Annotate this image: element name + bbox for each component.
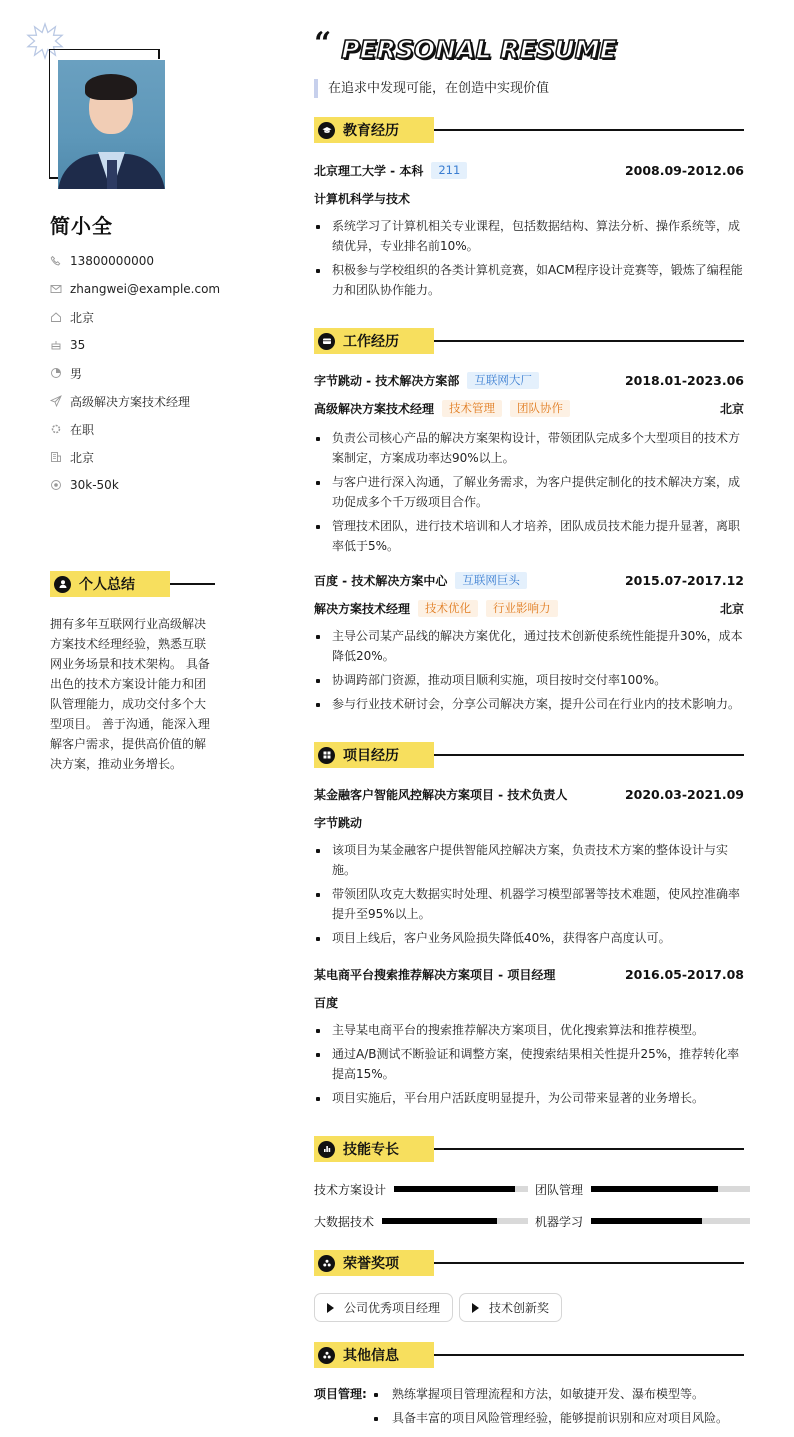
summary-text: 拥有多年互联网行业高级解决方案技术经理经验，熟悉互联网业务场景和技术架构。 具备… xyxy=(50,614,215,774)
user-icon xyxy=(54,576,71,593)
contact-value: zhangwei@example.com xyxy=(70,282,220,296)
other-bullets: 熟练掌握项目管理流程和方法，如敏捷开发、瀑布模型等。 具备丰富的项目风险管理经验… xyxy=(372,1384,752,1432)
divider xyxy=(434,754,744,756)
company-badge: 互联网大厂 xyxy=(467,372,539,389)
list-item: 系统学习了计算机相关专业课程，包括数据结构、算法分析、操作系统等，成绩优异，专业… xyxy=(314,216,746,256)
divider xyxy=(434,1262,744,1264)
contact-list: 13800000000 zhangwei@example.com 北京 35 男… xyxy=(50,247,220,499)
list-item: 协调跨部门资源，推动项目顺利实施，项目按时交付率100%。 xyxy=(314,670,746,690)
job-role: 高级解决方案技术经理 xyxy=(314,400,434,417)
skill-tag: 行业影响力 xyxy=(486,600,558,617)
award-chip: 公司优秀项目经理 xyxy=(314,1293,453,1322)
home-icon xyxy=(50,311,62,323)
avatar xyxy=(58,60,165,189)
projects-section-heading: 项目经历 xyxy=(314,742,744,768)
graduation-cap-icon xyxy=(318,122,335,139)
skill-bar xyxy=(591,1186,750,1192)
info-icon xyxy=(318,1347,335,1364)
building-icon xyxy=(50,451,62,463)
section-title: 荣誉奖项 xyxy=(343,1253,399,1273)
award-icon xyxy=(318,1255,335,1272)
contact-value: 在职 xyxy=(70,421,94,438)
gender-icon xyxy=(50,367,62,379)
status-icon xyxy=(50,423,62,435)
other-section-heading: 其他信息 xyxy=(314,1342,744,1368)
list-item: 项目上线后，客户业务风险损失降低40%，获得客户高度认可。 xyxy=(314,928,746,948)
project-bullets: 主导某电商平台的搜索推荐解决方案项目，优化搜索算法和推荐模型。 通过A/B测试不… xyxy=(314,1020,746,1112)
contact-value: 高级解决方案技术经理 xyxy=(70,393,190,410)
cake-icon xyxy=(50,339,62,351)
section-tag: 其他信息 xyxy=(314,1342,434,1368)
section-tag: 荣誉奖项 xyxy=(314,1250,434,1276)
awards-section-heading: 荣誉奖项 xyxy=(314,1250,744,1276)
skill-bar xyxy=(394,1186,528,1192)
project-company-row: 字节跳动 xyxy=(314,814,744,831)
major: 计算机科学与技术 xyxy=(314,190,410,207)
list-item: 项目实施后，平台用户活跃度明显提升，为公司带来显著的业务增长。 xyxy=(314,1088,746,1108)
work-section-heading: 工作经历 xyxy=(314,328,744,354)
section-tag: 个人总结 xyxy=(50,571,170,597)
section-tag: 工作经历 xyxy=(314,328,434,354)
contact-value: 35 xyxy=(70,338,85,352)
title-text: PERSONAL RESUME xyxy=(341,30,616,70)
list-item: 负责公司核心产品的解决方案架构设计，带领团队完成多个大型项目的技术方案制定，方案… xyxy=(314,428,746,468)
skill-tag: 团队协作 xyxy=(510,400,570,417)
skill-item: 机器学习 xyxy=(535,1213,750,1229)
contact-status: 在职 xyxy=(50,415,220,443)
divider xyxy=(434,1148,744,1150)
section-title: 项目经历 xyxy=(343,745,399,765)
skills-section-heading: 技能专长 xyxy=(314,1136,744,1162)
job-city: 北京 xyxy=(720,600,744,617)
divider xyxy=(434,1354,744,1356)
job-role: 解决方案技术经理 xyxy=(314,600,410,617)
section-title: 其他信息 xyxy=(343,1345,399,1365)
project-head: 某金融客户智能风控解决方案项目 - 技术负责人 2020.03-2021.09 xyxy=(314,786,744,803)
skill-name: 团队管理 xyxy=(535,1181,583,1198)
job-role-row: 解决方案技术经理 技术优化 行业影响力 北京 xyxy=(314,600,744,617)
skill-tag: 技术管理 xyxy=(442,400,502,417)
list-item: 积极参与学校组织的各类计算机竞赛，如ACM程序设计竞赛等，锻炼了编程能力和团队协… xyxy=(314,260,746,300)
list-item: 具备丰富的项目风险管理经验，能够提前识别和应对项目风险。 xyxy=(372,1408,752,1428)
list-item: 参与行业技术研讨会，分享公司解决方案，提升公司在行业内的技术影响力。 xyxy=(314,694,746,714)
list-item: 与客户进行深入沟通，了解业务需求，为客户提供定制化的技术解决方案，成功促成多个千… xyxy=(314,472,746,512)
section-title: 教育经历 xyxy=(343,120,399,140)
company-name: 字节跳动 - 技术解决方案部 xyxy=(314,372,459,389)
section-tag: 技能专长 xyxy=(314,1136,434,1162)
education-entry-head: 北京理工大学 - 本科 211 2008.09-2012.06 xyxy=(314,162,744,179)
education-date: 2008.09-2012.06 xyxy=(625,163,744,178)
project-bullets: 该项目为某金融客户提供智能风控解决方案，负责技术方案的整体设计与实施。 带领团队… xyxy=(314,840,746,952)
contact-email: zhangwei@example.com xyxy=(50,275,220,303)
job-bullets: 负责公司核心产品的解决方案架构设计，带领团队完成多个大型项目的技术方案制定，方案… xyxy=(314,428,746,560)
section-tag: 教育经历 xyxy=(314,117,434,143)
play-icon xyxy=(327,1303,334,1313)
mail-icon xyxy=(50,283,62,295)
education-major-row: 计算机科学与技术 xyxy=(314,190,744,207)
other-label: 项目管理: xyxy=(314,1384,367,1404)
send-icon xyxy=(50,395,62,407)
quote-mark-icon: “ xyxy=(314,32,331,56)
contact-value: 13800000000 xyxy=(70,254,154,268)
motto: 在追求中发现可能，在创造中实现价值 xyxy=(314,79,549,98)
award-label: 技术创新奖 xyxy=(489,1299,549,1316)
job-date: 2018.01-2023.06 xyxy=(625,373,744,388)
education-bullets: 系统学习了计算机相关专业课程，包括数据结构、算法分析、操作系统等，成绩优异，专业… xyxy=(314,216,746,304)
divider xyxy=(434,340,744,342)
skill-tag: 技术优化 xyxy=(418,600,478,617)
contact-age: 35 xyxy=(50,331,220,359)
award-label: 公司优秀项目经理 xyxy=(344,1299,440,1316)
skill-bar xyxy=(382,1218,528,1224)
list-item: 通过A/B测试不断验证和调整方案，使搜索结果相关性提升25%，推荐转化率提高15… xyxy=(314,1044,746,1084)
section-title: 个人总结 xyxy=(79,574,135,594)
list-item: 该项目为某金融客户提供智能风控解决方案，负责技术方案的整体设计与实施。 xyxy=(314,840,746,880)
briefcase-icon xyxy=(318,333,335,350)
skill-name: 大数据技术 xyxy=(314,1213,374,1230)
skill-bar xyxy=(591,1218,750,1224)
list-item: 主导某电商平台的搜索推荐解决方案项目，优化搜索算法和推荐模型。 xyxy=(314,1020,746,1040)
job-date: 2015.07-2017.12 xyxy=(625,573,744,588)
project-name: 某电商平台搜索推荐解决方案项目 - 项目经理 xyxy=(314,966,555,983)
contact-phone: 13800000000 xyxy=(50,247,220,275)
contact-gender: 男 xyxy=(50,359,220,387)
skill-name: 机器学习 xyxy=(535,1213,583,1230)
school-badge: 211 xyxy=(431,162,467,179)
play-icon xyxy=(472,1303,479,1313)
phone-icon xyxy=(50,255,62,267)
job-head: 百度 - 技术解决方案中心 互联网巨头 2015.07-2017.12 xyxy=(314,572,744,589)
skill-item: 大数据技术 xyxy=(314,1213,528,1229)
project-head: 某电商平台搜索推荐解决方案项目 - 项目经理 2016.05-2017.08 xyxy=(314,966,744,983)
skill-name: 技术方案设计 xyxy=(314,1181,386,1198)
contact-value: 30k-50k xyxy=(70,478,119,492)
contact-salary: 30k-50k xyxy=(50,471,220,499)
sidebar: 简小全 13800000000 zhangwei@example.com 北京 … xyxy=(0,0,270,1437)
company-name: 百度 - 技术解决方案中心 xyxy=(314,572,447,589)
bar-chart-icon xyxy=(318,1141,335,1158)
project-date: 2020.03-2021.09 xyxy=(625,787,744,802)
list-item: 带领团队攻克大数据实时处理、机器学习模型部署等技术难题，使风控准确率提升至95%… xyxy=(314,884,746,924)
award-chip: 技术创新奖 xyxy=(459,1293,562,1322)
summary-section-heading: 个人总结 xyxy=(50,571,215,597)
list-item: 管理技术团队，进行技术培训和人才培养，团队成员技术能力提升显著，离职率低于5%。 xyxy=(314,516,746,556)
contact-value: 男 xyxy=(70,365,82,382)
school-name: 北京理工大学 - 本科 xyxy=(314,162,423,179)
divider xyxy=(170,583,215,585)
project-company-row: 百度 xyxy=(314,994,744,1011)
project-company: 百度 xyxy=(314,994,338,1011)
job-bullets: 主导公司某产品线的解决方案优化，通过技术创新使系统性能提升30%，成本降低20%… xyxy=(314,626,746,718)
contact-value: 北京 xyxy=(70,449,94,466)
job-city: 北京 xyxy=(720,400,744,417)
divider xyxy=(434,129,744,131)
skill-item: 团队管理 xyxy=(535,1181,750,1197)
section-title: 工作经历 xyxy=(343,331,399,351)
education-section-heading: 教育经历 xyxy=(314,117,744,143)
project-date: 2016.05-2017.08 xyxy=(625,967,744,982)
contact-city: 北京 xyxy=(50,443,220,471)
candidate-name: 简小全 xyxy=(50,210,113,239)
project-name: 某金融客户智能风控解决方案项目 - 技术负责人 xyxy=(314,786,567,803)
skill-item: 技术方案设计 xyxy=(314,1181,528,1197)
section-title: 技能专长 xyxy=(343,1139,399,1159)
section-tag: 项目经历 xyxy=(314,742,434,768)
list-item: 主导公司某产品线的解决方案优化，通过技术创新使系统性能提升30%，成本降低20%… xyxy=(314,626,746,666)
resume-title: “ PERSONAL RESUME xyxy=(314,30,617,70)
list-item: 熟练掌握项目管理流程和方法，如敏捷开发、瀑布模型等。 xyxy=(372,1384,752,1404)
job-role-row: 高级解决方案技术经理 技术管理 团队协作 北京 xyxy=(314,400,744,417)
grid-icon xyxy=(318,747,335,764)
job-head: 字节跳动 - 技术解决方案部 互联网大厂 2018.01-2023.06 xyxy=(314,372,744,389)
salary-icon xyxy=(50,479,62,491)
contact-position: 高级解决方案技术经理 xyxy=(50,387,220,415)
company-badge: 互联网巨头 xyxy=(455,572,527,589)
contact-value: 北京 xyxy=(70,309,94,326)
contact-home: 北京 xyxy=(50,303,220,331)
project-company: 字节跳动 xyxy=(314,814,362,831)
